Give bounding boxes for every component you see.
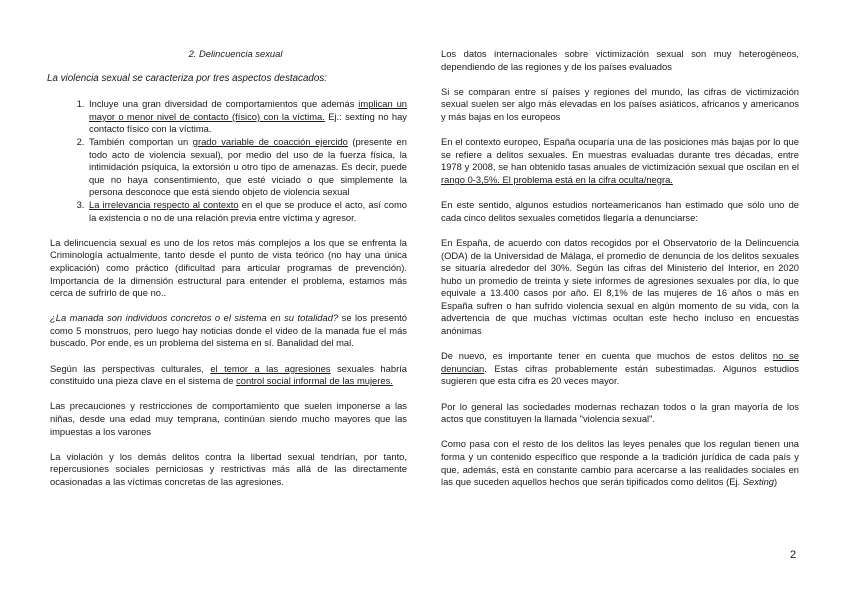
underlined-text: grado variable de coacción ejercido [193,136,348,147]
text: ) [774,476,777,487]
left-column: 2. Delincuencia sexual La violencia sexu… [50,48,407,501]
paragraph: Si se comparan entre sí países y regione… [441,86,799,124]
text: De nuevo, es importante tener en cuenta … [441,350,773,361]
paragraph: Según las perspectivas culturales, el te… [50,363,407,388]
page-number: 2 [790,549,796,561]
paragraph: Como pasa con el resto de los delitos la… [441,438,799,488]
paragraph: De nuevo, es importante tener en cuenta … [441,350,799,388]
paragraph: La violación y los demás delitos contra … [50,451,407,489]
section-heading: 2. Delincuencia sexual [50,48,407,61]
right-column: Los datos internacionales sobre victimiz… [441,48,799,501]
italic-text: Sexting [743,476,774,487]
paragraph: En este sentido, algunos estudios nortea… [441,199,799,224]
paragraph: ¿La manada son individuos concretos o el… [50,312,407,350]
underlined-text: el temor a las agresiones [210,363,330,374]
text: También comportan un [89,136,193,147]
underlined-text: La irrelevancia respecto al contexto [89,199,239,210]
text: Según las perspectivas culturales, [50,363,210,374]
list-item: También comportan un grado variable de c… [87,136,407,199]
italic-question: ¿La manada son individuos concretos o el… [50,312,338,323]
paragraph: En España, de acuerdo con datos recogido… [441,237,799,338]
paragraph: En el contexto europeo, España ocuparía … [441,136,799,186]
paragraph: Por lo general las sociedades modernas r… [441,401,799,426]
paragraph: Las precauciones y restricciones de comp… [50,400,407,438]
text: En el contexto europeo, España ocuparía … [441,136,799,172]
underlined-text: control social informal de las mujeres. [236,375,393,386]
paragraph: Los datos internacionales sobre victimiz… [441,48,799,73]
text: Incluye una gran diversidad de comportam… [89,98,358,109]
list-item: Incluye una gran diversidad de comportam… [87,98,407,136]
paragraph: La delincuencia sexual es uno de los ret… [50,237,407,300]
text: . Estas cifras probablemente están subes… [441,363,799,387]
aspects-list: Incluye una gran diversidad de comportam… [50,98,407,224]
document-page: 2. Delincuencia sexual La violencia sexu… [0,0,848,600]
underlined-text: rango 0-3,5%. El problema está en la cif… [441,174,673,185]
list-item: La irrelevancia respecto al contexto en … [87,199,407,224]
lead-sentence: La violencia sexual se caracteriza por t… [47,73,407,86]
